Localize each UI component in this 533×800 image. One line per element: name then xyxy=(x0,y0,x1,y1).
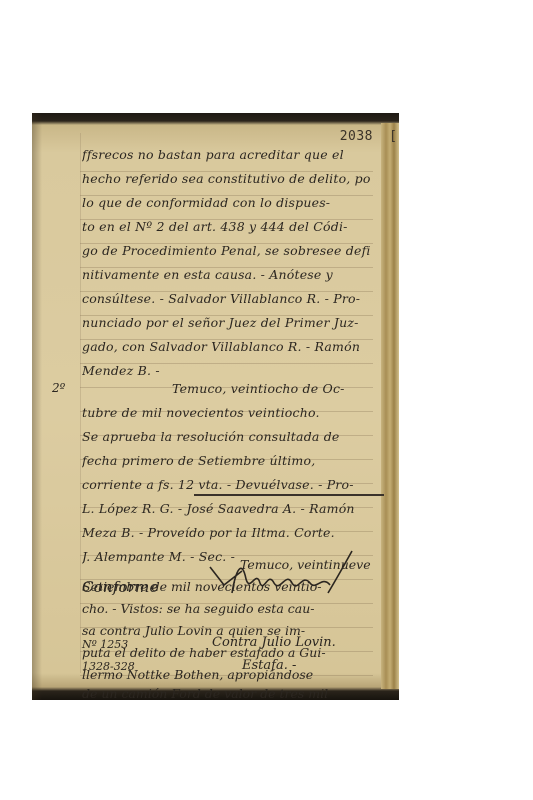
text-line: Temuco, veintiocho de Oc- xyxy=(172,381,371,396)
text-line: Meza B. - Proveído por la Iltma. Corte. xyxy=(82,525,371,540)
margin-rule xyxy=(80,133,81,673)
margin-number: 2º xyxy=(52,381,65,395)
text-line: sa contra Julio Lovin a quien se im- xyxy=(82,623,371,638)
text-line: fecha primero de Setiembre último, xyxy=(82,453,371,468)
text-line: tubre de mil novecientos veintiocho. xyxy=(82,405,371,420)
text-line: go de Procedimiento Penal, se sobresee d… xyxy=(82,243,371,258)
signature-underline xyxy=(194,494,384,496)
text-line: hecho referido sea constitutivo de delit… xyxy=(82,171,371,186)
text-line: puta el delito de haber estafado a Gui- xyxy=(82,645,371,660)
text-line: corriente a fs. 12 vta. - Devuélvase. - … xyxy=(82,477,371,492)
text-line: cho. - Vistos: se ha seguido esta cau- xyxy=(82,601,371,616)
text-line: Se aprueba la resolución consultada de xyxy=(82,429,371,444)
text-line: llermo Nottke Bothen, apropiándose xyxy=(82,667,371,682)
text-line: Mendez B. - xyxy=(82,363,371,378)
text-line: gado, con Salvador Villablanco R. - Ramó… xyxy=(82,339,371,354)
text-line: L. López R. G. - José Saavedra A. - Ramó… xyxy=(82,501,371,516)
page-stack-edge xyxy=(381,123,399,689)
text-line: to en el Nº 2 del art. 438 y 444 del Cód… xyxy=(82,219,371,234)
text-line: consúltese. - Salvador Villablanco R. - … xyxy=(82,291,371,306)
next-page-number-partial: [ xyxy=(389,129,397,144)
text-line: Temuco, veintinueve de xyxy=(240,557,371,572)
text-line: Setiembre de mil novecientos veintio- xyxy=(82,579,371,594)
text-line: nitivamente en esta causa. - Anótese y xyxy=(82,267,371,282)
text-line: ffsrecos no bastan para acreditar que el xyxy=(82,147,371,162)
page-number: 2038 xyxy=(340,129,373,144)
text-line: nunciado por el señor Juez del Primer Ju… xyxy=(82,315,371,330)
text-line: de un camión Ford de valor de tres mil xyxy=(82,686,371,701)
text-line: lo que de conformidad con lo dispues- xyxy=(82,195,371,210)
